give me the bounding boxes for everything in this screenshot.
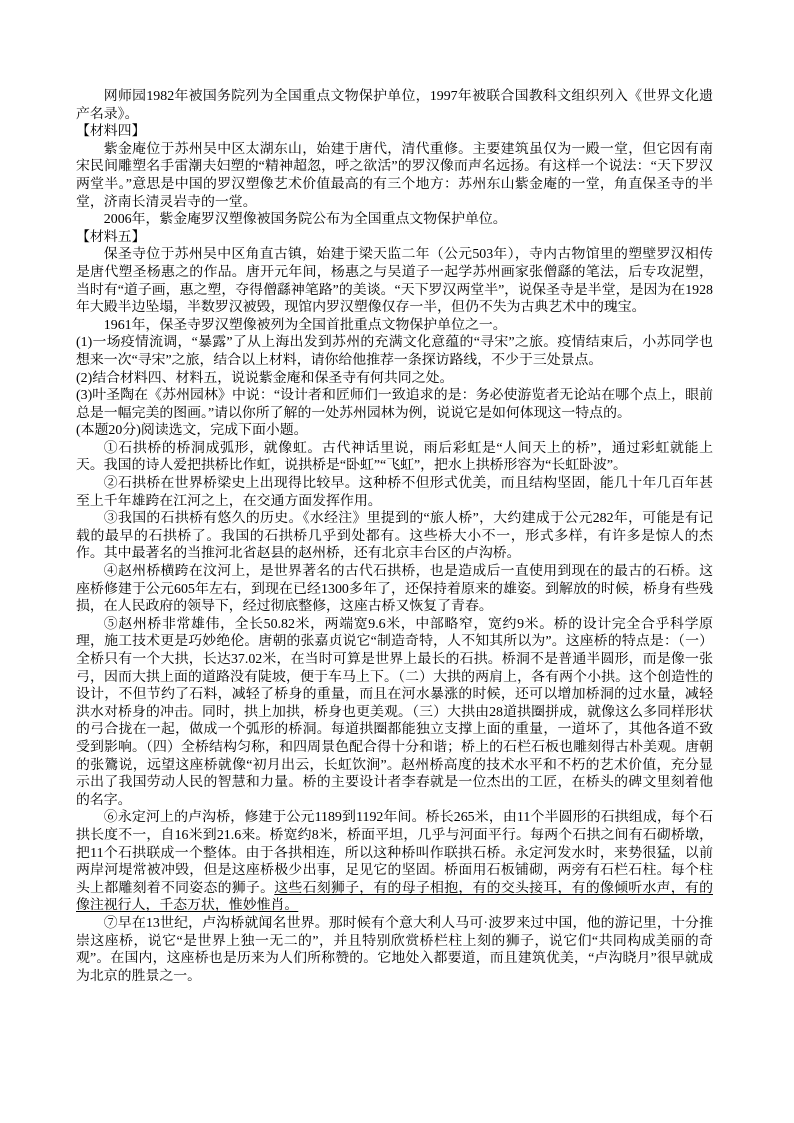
paragraph: ③我国的石拱桥有悠久的历史。《水经注》里提到的“旅人桥”，大约建成于公元282年… <box>76 510 713 563</box>
text-run: (本题20分)阅读选文，完成下面小题。 <box>76 423 308 438</box>
paragraph: (3)叶圣陶在《苏州园林》中说：“设计者和匠师们一致追求的是：务必使游览者无论站… <box>76 387 713 422</box>
text-run: ⑦早在13世纪，卢沟桥就闻名世界。那时候有个意大利人马可·波罗来过中国，他的游记… <box>76 916 713 984</box>
paragraph: 保圣寺位于苏州吴中区角直古镇，始建于梁天监二年（公元503年），寺内古物馆里的塑… <box>76 246 713 316</box>
text-run: 【材料五】 <box>76 230 145 245</box>
text-run: ④赵州桥横跨在汶河上，是世界著名的古代石拱桥，也是造成后一直使用到现在的最古的石… <box>76 564 713 614</box>
document-body: 网师园1982年被国务院列为全国重点文物保护单位，1997年被联合国教科文组织列… <box>76 88 713 985</box>
paragraph: ④赵州桥横跨在汶河上，是世界著名的古代石拱桥，也是造成后一直使用到现在的最古的石… <box>76 563 713 616</box>
paragraph: ⑦早在13世纪，卢沟桥就闻名世界。那时候有个意大利人马可·波罗来过中国，他的游记… <box>76 915 713 985</box>
text-run: ②石拱桥在世界桥梁史上出现得比较早。这种桥不但形式优美，而且结构坚固，能几十年几… <box>76 476 713 509</box>
paragraph: ⑤赵州桥非常雄伟，全长50.82米，两端宽9.6米，中部略窄，宽约9米。桥的设计… <box>76 616 713 810</box>
text-run: 2006年，紫金庵罗汉塑像被国务院公布为全国重点文物保护单位。 <box>104 212 507 227</box>
text-run: ③我国的石拱桥有悠久的历史。《水经注》里提到的“旅人桥”，大约建成于公元282年… <box>76 511 713 561</box>
paragraph: ①石拱桥的桥洞成弧形，就像虹。古代神话里说，雨后彩虹是“人间天上的桥”，通过彩虹… <box>76 440 713 475</box>
text-run: ⑤赵州桥非常雄伟，全长50.82米，两端宽9.6米，中部略窄，宽约9米。桥的设计… <box>76 617 713 808</box>
text-run: 紫金庵位于苏州吴中区太湖东山，始建于唐代，清代重修。主要建筑虽仅为一殿一堂，但它… <box>76 142 713 210</box>
paragraph: ⑥永定河上的卢沟桥，修建于公元1189到1192年间。桥长265米，由11个半圆… <box>76 809 713 915</box>
paragraph: 2006年，紫金庵罗汉塑像被国务院公布为全国重点文物保护单位。 <box>76 211 713 229</box>
paragraph: (1)一场疫情流调，“暴露”了从上海出发到苏州的充满文化意蕴的“寻宋”之旅。疫情… <box>76 334 713 369</box>
text-run: 1961年，保圣寺罗汉塑像被列为全国首批重点文物保护单位之一。 <box>104 318 507 333</box>
text-run: (2)结合材料四、材料五，说说紫金庵和保圣寺有何共同之处。 <box>76 371 453 386</box>
paragraph: 【材料五】 <box>76 229 713 247</box>
text-run: 保圣寺位于苏州吴中区角直古镇，始建于梁天监二年（公元503年），寺内古物馆里的塑… <box>76 247 713 315</box>
text-run: 网师园1982年被国务院列为全国重点文物保护单位，1997年被联合国教科文组织列… <box>76 89 713 122</box>
text-run: ①石拱桥的桥洞成弧形，就像虹。古代神话里说，雨后彩虹是“人间天上的桥”，通过彩虹… <box>76 441 713 474</box>
text-run: (3)叶圣陶在《苏州园林》中说：“设计者和匠师们一致追求的是：务必使游览者无论站… <box>76 388 713 421</box>
paragraph: (本题20分)阅读选文，完成下面小题。 <box>76 422 713 440</box>
text-run: (1)一场疫情流调，“暴露”了从上海出发到苏州的充满文化意蕴的“寻宋”之旅。疫情… <box>76 335 713 368</box>
paragraph: 紫金庵位于苏州吴中区太湖东山，始建于唐代，清代重修。主要建筑虽仅为一殿一堂，但它… <box>76 141 713 211</box>
paragraph: 网师园1982年被国务院列为全国重点文物保护单位，1997年被联合国教科文组织列… <box>76 88 713 123</box>
paragraph: ②石拱桥在世界桥梁史上出现得比较早。这种桥不但形式优美，而且结构坚固，能几十年几… <box>76 475 713 510</box>
document-page: 网师园1982年被国务院列为全国重点文物保护单位，1997年被联合国教科文组织列… <box>0 0 794 1123</box>
paragraph: 【材料四】 <box>76 123 713 141</box>
text-run: 【材料四】 <box>76 124 145 139</box>
paragraph: (2)结合材料四、材料五，说说紫金庵和保圣寺有何共同之处。 <box>76 370 713 388</box>
paragraph: 1961年，保圣寺罗汉塑像被列为全国首批重点文物保护单位之一。 <box>76 317 713 335</box>
